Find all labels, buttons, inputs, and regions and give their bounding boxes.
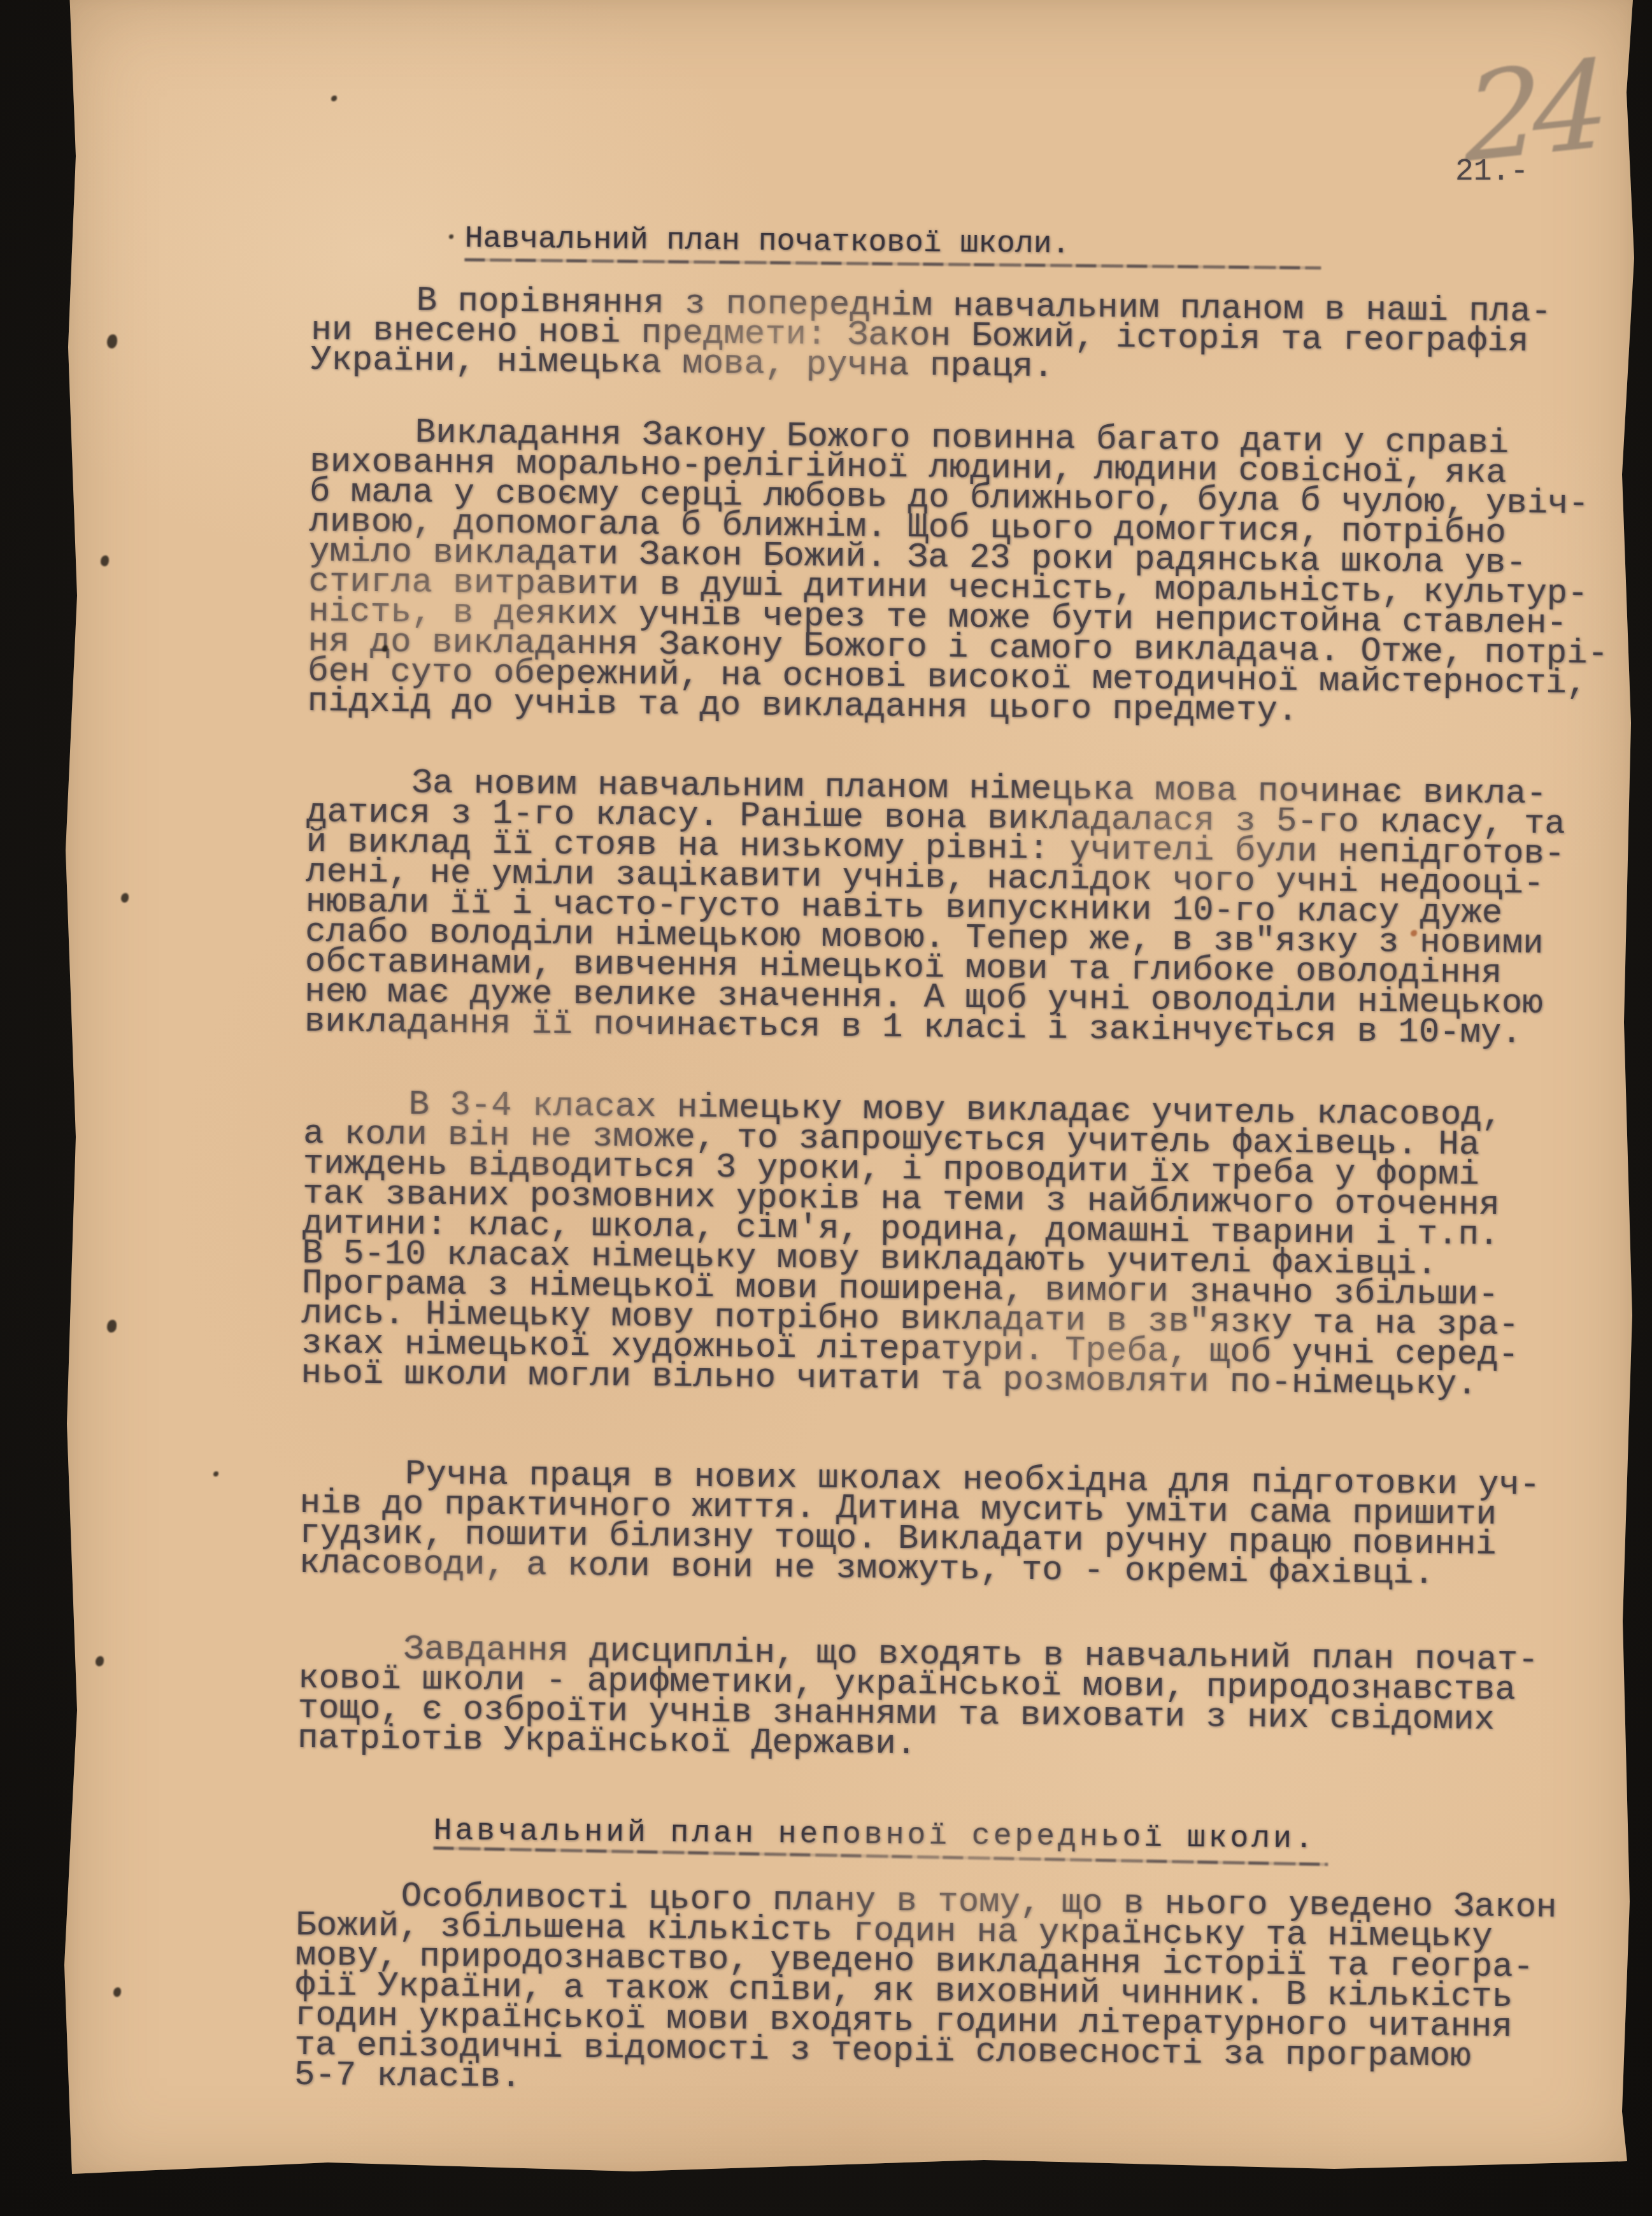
binding-mark <box>121 893 129 903</box>
section-heading: Навчальний план неповної середньої школи… <box>433 1813 1652 1865</box>
binding-mark <box>101 555 109 566</box>
paragraph: Викладання Закону Божого повинна багато … <box>308 417 1652 729</box>
paragraph: В 3-4 класах німецьку мову викладає учит… <box>301 1089 1652 1401</box>
text-line: ньої школи могли вільно читати та розмов… <box>301 1359 1652 1401</box>
section-heading: Навчальний план початкової школи. <box>464 221 1652 273</box>
binding-mark <box>107 1320 117 1333</box>
document-body: Навчальний план початкової школи.В порів… <box>294 220 1652 2103</box>
paper-speck <box>331 96 337 101</box>
paragraph: Особливості цього плану в тому, що в ньо… <box>294 1881 1652 2103</box>
document-page: 24 21.- Навчальний план початкової школи… <box>61 0 1640 2185</box>
paragraph: В порівняння з попереднім навчальним пла… <box>311 285 1652 388</box>
binding-mark <box>113 1987 121 1997</box>
text-line: Навчальний план неповної середньої школи… <box>433 1813 1652 1861</box>
paper-speck <box>213 1471 218 1476</box>
text-line: викладання її починається в 1 класі і за… <box>304 1007 1652 1050</box>
paragraph: Ручна праця в нових школах необхідна для… <box>299 1459 1652 1591</box>
typed-page-number: 21.- <box>1455 155 1528 189</box>
paragraph: За новим навчальним планом німецька мова… <box>304 768 1652 1050</box>
binding-mark <box>96 1656 104 1666</box>
binding-mark <box>107 334 117 348</box>
paragraph: Завдання дисциплін, що входять в навчаль… <box>297 1634 1652 1766</box>
